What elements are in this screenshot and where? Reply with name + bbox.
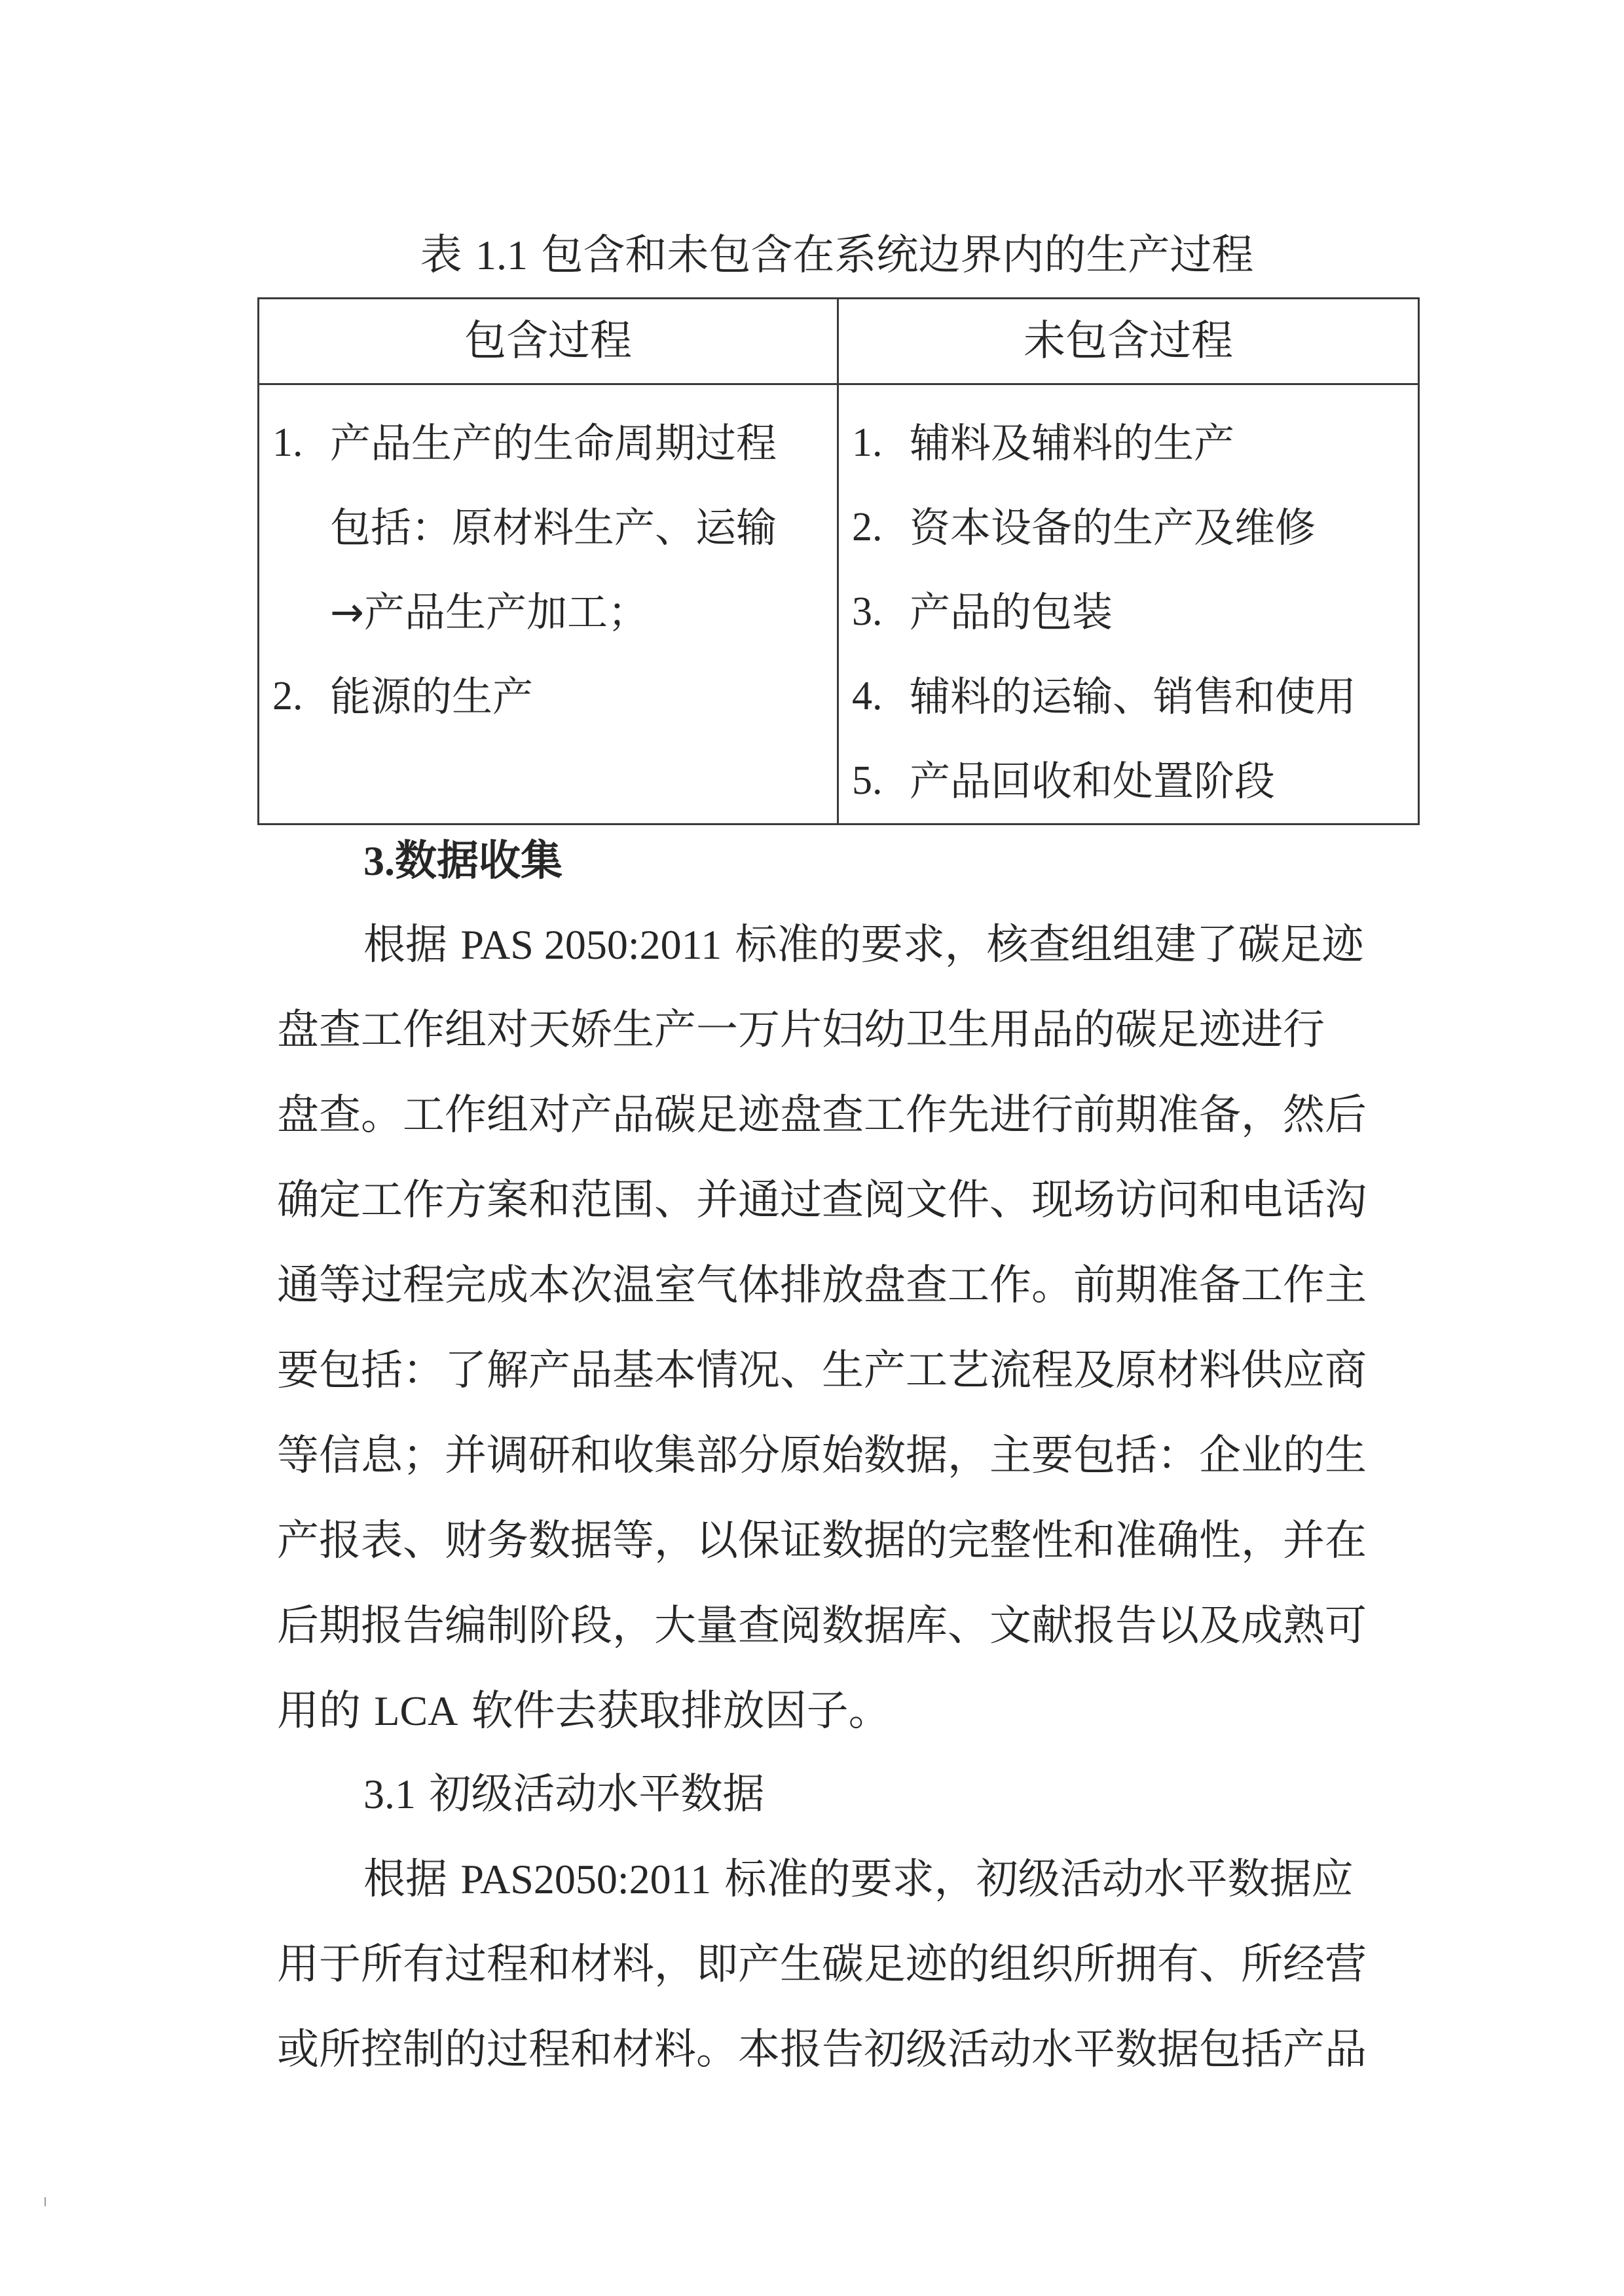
excluded-cell: 1. 辅料及辅料的生产 2. 资本设备的生产及维修 3. 产品的包装 4. [838, 384, 1419, 824]
list-item-continuation: →产品生产加工； [272, 570, 837, 654]
section-paragraph: 根据 PAS 2050:2011 标准的要求，核查组组建了碳足迹 盘查工作组对天… [277, 902, 1416, 1754]
list-item: 3. 产品的包装 [852, 570, 1418, 654]
list-item: 1. 产品生产的生命周期过程 [272, 401, 837, 485]
paragraph-line: 确定工作方案和范围、并通过查阅文件、现场访问和电话沟 [277, 1158, 1416, 1243]
item-text: 辅料及辅料的生产 [910, 401, 1234, 485]
included-cell: 1. 产品生产的生命周期过程 包括：原材料生产、运输 →产品生产加工； 2. 能… [259, 384, 838, 824]
item-text: 产品的包装 [910, 570, 1113, 654]
paragraph-line: 盘查工作组对天娇生产一万片妇幼卫生用品的碳足迹进行 [277, 988, 1416, 1073]
item-text: 包括：原材料生产、运输 [330, 485, 777, 570]
item-number: 3. [852, 570, 910, 654]
table-caption-prefix: 表 [420, 231, 462, 280]
item-text: 产品生产的生命周期过程 [330, 401, 777, 485]
section-title: 数据收集 [395, 837, 563, 885]
table-caption-number: 1.1 [475, 232, 528, 278]
item-text: 辅料的运输、销售和使用 [910, 654, 1356, 739]
subsection-paragraph: 根据 PAS2050:2011 标准的要求，初级活动水平数据应 用于所有过程和材… [277, 1837, 1416, 2092]
paragraph-line: 后期报告编制阶段，大量查阅数据库、文献报告以及成熟可 [277, 1583, 1416, 1669]
paragraph-line: 或所控制的过程和材料。本报告初级活动水平数据包括产品 [277, 2007, 1416, 2092]
item-number: 1. [272, 401, 330, 485]
item-number: 2. [852, 485, 910, 570]
header-included: 包含过程 [259, 299, 838, 384]
list-item-continuation: 包括：原材料生产、运输 [272, 485, 837, 570]
list-item: 4. 辅料的运输、销售和使用 [852, 654, 1418, 739]
text-run: 用的 [277, 1687, 374, 1735]
list-item: 2. 能源的生产 [272, 654, 837, 739]
list-item: 2. 资本设备的生产及维修 [852, 485, 1418, 570]
paragraph-line: 盘查。工作组对产品碳足迹盘查工作先进行前期准备，然后 [277, 1073, 1416, 1158]
list-item: 1. 辅料及辅料的生产 [852, 401, 1418, 485]
paragraph-line: 通等过程完成本次温室气体排放盘查工作。前期准备工作主 [277, 1243, 1416, 1328]
paragraph-line: 等信息；并调研和收集部分原始数据，主要包括：企业的生 [277, 1413, 1416, 1498]
table-header-row: 包含过程 未包含过程 [259, 299, 1419, 384]
list-item: 5. 产品回收和处置阶段 [852, 739, 1418, 823]
table-caption: 表 1.1 包含和未包含在系统边界内的生产过程 [257, 229, 1416, 282]
item-text: 能源的生产 [330, 654, 533, 739]
paragraph-line: 根据 PAS 2050:2011 标准的要求，核查组组建了碳足迹 [277, 902, 1416, 988]
included-list: 1. 产品生产的生命周期过程 包括：原材料生产、运输 →产品生产加工； 2. 能… [259, 401, 837, 739]
header-excluded: 未包含过程 [838, 299, 1419, 384]
paragraph-line: 要包括：了解产品基本情况、生产工艺流程及原材料供应商 [277, 1328, 1416, 1413]
text-run: 根据 [363, 921, 460, 969]
text-run: 标准的要求，核查组组建了碳足迹 [722, 921, 1363, 969]
item-text: 资本设备的生产及维修 [910, 485, 1316, 570]
item-number: 4. [852, 654, 910, 739]
paragraph-line: 用的 LCA 软件去获取排放因子。 [277, 1669, 1416, 1754]
paragraph-line: 根据 PAS2050:2011 标准的要求，初级活动水平数据应 [277, 1837, 1416, 1922]
table-caption-title: 包含和未包含在系统边界内的生产过程 [541, 231, 1253, 280]
subsection-title: 初级活动水平数据 [429, 1770, 764, 1819]
text-run: 软件去获取排放因子。 [458, 1687, 890, 1735]
item-text: 产品回收和处置阶段 [910, 739, 1275, 823]
standard-reference: PAS2050:2011 [460, 1856, 711, 1902]
table-row: 1. 产品生产的生命周期过程 包括：原材料生产、运输 →产品生产加工； 2. 能… [259, 384, 1419, 824]
excluded-list: 1. 辅料及辅料的生产 2. 资本设备的生产及维修 3. 产品的包装 4. [839, 401, 1418, 823]
text-run: 根据 [363, 1855, 460, 1904]
subsection-heading: 3.1 初级活动水平数据 [363, 1765, 764, 1824]
section-heading: 3.数据收集 [363, 832, 563, 891]
text-run: 标准的要求，初级活动水平数据应 [711, 1855, 1353, 1904]
item-number: 1. [852, 401, 910, 485]
document-page: 表 1.1 包含和未包含在系统边界内的生产过程 包含过程 未包含过程 1. 产品… [0, 0, 1624, 2296]
item-number: 2. [272, 654, 330, 739]
subsection-number: 3.1 [363, 1771, 416, 1817]
software-reference: LCA [374, 1688, 458, 1734]
system-boundary-table: 包含过程 未包含过程 1. 产品生产的生命周期过程 包括：原材料生产、运输 [257, 297, 1420, 825]
paragraph-line: 用于所有过程和材料，即产生碳足迹的组织所拥有、所经营 [277, 1922, 1416, 2007]
item-text: →产品生产加工； [330, 570, 648, 654]
paragraph-line: 产报表、财务数据等，以保证数据的完整性和准确性，并在 [277, 1498, 1416, 1583]
standard-reference: PAS 2050:2011 [460, 921, 722, 968]
scan-artifact [45, 2197, 46, 2206]
section-number: 3. [363, 838, 395, 884]
item-number: 5. [852, 739, 910, 823]
